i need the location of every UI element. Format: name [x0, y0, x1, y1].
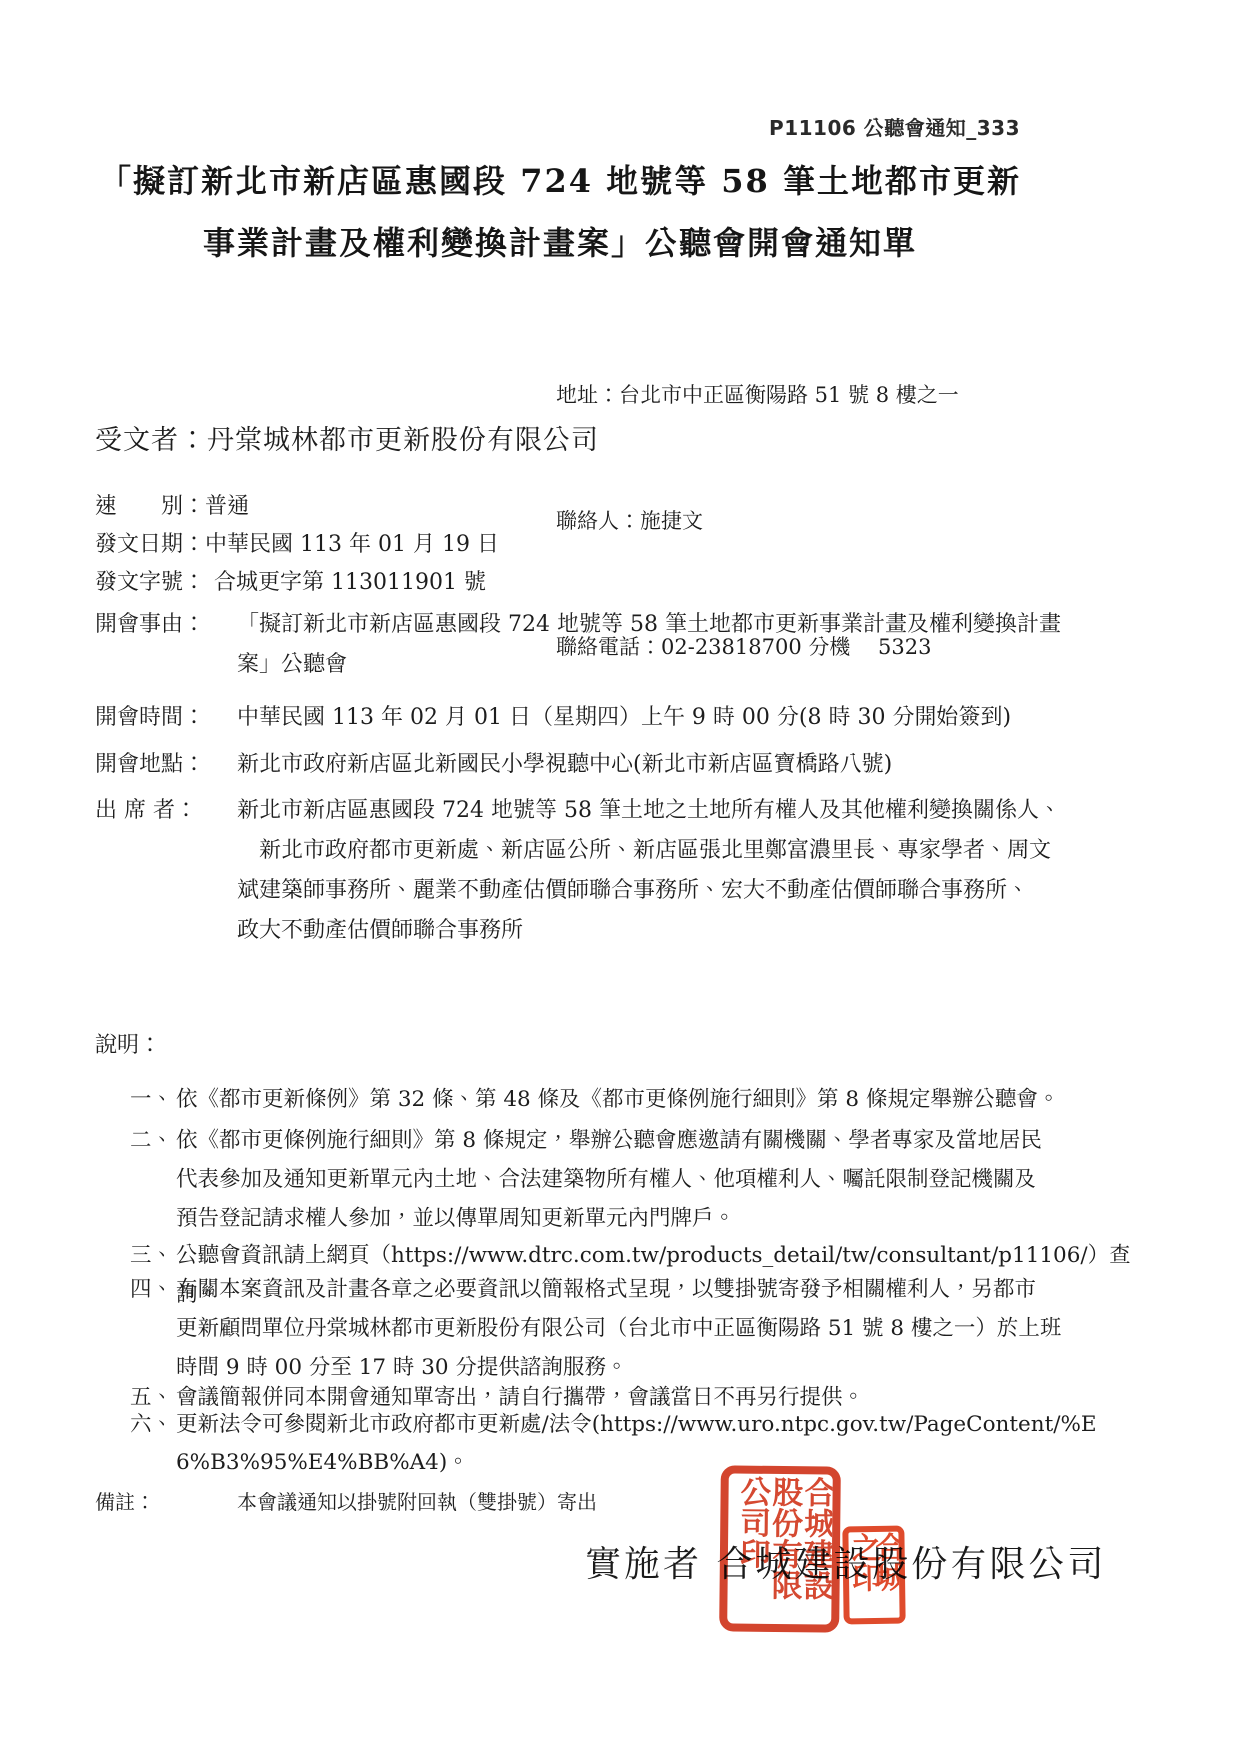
field-row-priority: 速 別： 普通 [95, 487, 1165, 527]
field-value: 「擬訂新北市新店區惠國段 724 地號等 58 筆土地都市更新事業計畫及權利變換… [237, 605, 1165, 685]
notes-heading: 說明： [95, 1028, 161, 1059]
note-text: 更新法令可參閱新北市政府都市更新處/法令(https://www.uro.ntp… [176, 1406, 1170, 1482]
note-number: 一、 [130, 1080, 176, 1119]
document-title-line2: 事業計畫及權利變換計畫案」公聽會開會通知單 [60, 218, 1060, 264]
note-number: 四、 [130, 1270, 176, 1309]
field-value: 普通 [205, 487, 1165, 527]
note-item-4: 四、 有關本案資訊及計畫各章之必要資訊以簡報格式呈現，以雙掛號寄發予相關權利人，… [130, 1270, 1170, 1387]
note-number: 六、 [130, 1406, 176, 1444]
document-reference: P11106 公聽會通知_333 [0, 112, 1020, 141]
field-label: 開會地點： [95, 745, 237, 785]
remark-label: 備註： [95, 1485, 155, 1519]
note-item-2: 二、 依《都市更條例施行細則》第 8 條規定，舉辦公聽會應邀請有關機關、學者專家… [130, 1121, 1170, 1238]
remark-value: 本會議通知以掛號附回執（雙掛號）寄出 [155, 1485, 597, 1519]
field-label: 發文日期： [95, 525, 205, 565]
note-item-6: 六、 更新法令可參閱新北市政府都市更新處/法令(https://www.uro.… [130, 1406, 1170, 1482]
field-row-issue-date: 發文日期： 中華民國 113 年 01 月 19 日 [95, 525, 1165, 565]
field-label: 發文字號： [95, 563, 205, 603]
field-row-meeting-place: 開會地點： 新北市政府新店區北新國民小學視聽中心(新北市新店區寶橋路八號) [95, 745, 1165, 785]
field-label: 出 席 者： [95, 791, 237, 831]
remark-row: 備註： 本會議通知以掛號附回執（雙掛號）寄出 [95, 1485, 1095, 1519]
field-row-doc-number: 發文字號： 合城更字第 113011901 號 [95, 563, 1165, 603]
note-text: 依《都市更新條例》第 32 條、第 48 條及《都市更條例施行細則》第 8 條規… [176, 1080, 1170, 1119]
field-row-attendees: 出 席 者： 新北市新店區惠國段 724 地號等 58 筆土地之土地所有權人及其… [95, 791, 1165, 951]
recipient-line: 受文者：丹棠城林都市更新股份有限公司 [95, 418, 599, 457]
note-number: 二、 [130, 1121, 176, 1160]
scanned-notice-document: P11106 公聽會通知_333 「擬訂新北市新店區惠國段 724 地號等 58… [0, 0, 1240, 1753]
field-row-meeting-subject: 開會事由： 「擬訂新北市新店區惠國段 724 地號等 58 筆土地都市更新事業計… [95, 605, 1165, 685]
representative-seal: 合城之印 [842, 1526, 905, 1625]
note-text: 依《都市更條例施行細則》第 8 條規定，舉辦公聽會應邀請有關機關、學者專家及當地… [176, 1121, 1170, 1238]
field-value: 合城更字第 113011901 號 [205, 563, 1165, 603]
field-value: 中華民國 113 年 01 月 19 日 [205, 525, 1165, 565]
field-value: 中華民國 113 年 02 月 01 日（星期四）上午 9 時 00 分(8 時… [237, 698, 1165, 738]
field-row-meeting-time: 開會時間： 中華民國 113 年 02 月 01 日（星期四）上午 9 時 00… [95, 698, 1165, 738]
field-label: 開會時間： [95, 698, 237, 738]
field-value: 新北市政府新店區北新國民小學視聽中心(新北市新店區寶橋路八號) [237, 745, 1165, 785]
field-label: 速 別： [95, 487, 205, 527]
note-text: 有關本案資訊及計畫各章之必要資訊以簡報格式呈現，以雙掛號寄發予相關權利人，另都市… [176, 1270, 1170, 1387]
field-label: 開會事由： [95, 605, 237, 645]
company-seal: 合城建設股份有限公司印 [719, 1465, 841, 1632]
field-value: 新北市新店區惠國段 724 地號等 58 筆土地之土地所有權人及其他權利變換關係… [237, 791, 1165, 951]
contact-address: 地址：台北市中正區衡陽路 51 號 8 樓之一 [556, 374, 959, 416]
document-title-line1: 「擬訂新北市新店區惠國段 724 地號等 58 筆土地都市更新 [60, 156, 1060, 202]
note-item-1: 一、 依《都市更新條例》第 32 條、第 48 條及《都市更條例施行細則》第 8… [130, 1080, 1170, 1119]
